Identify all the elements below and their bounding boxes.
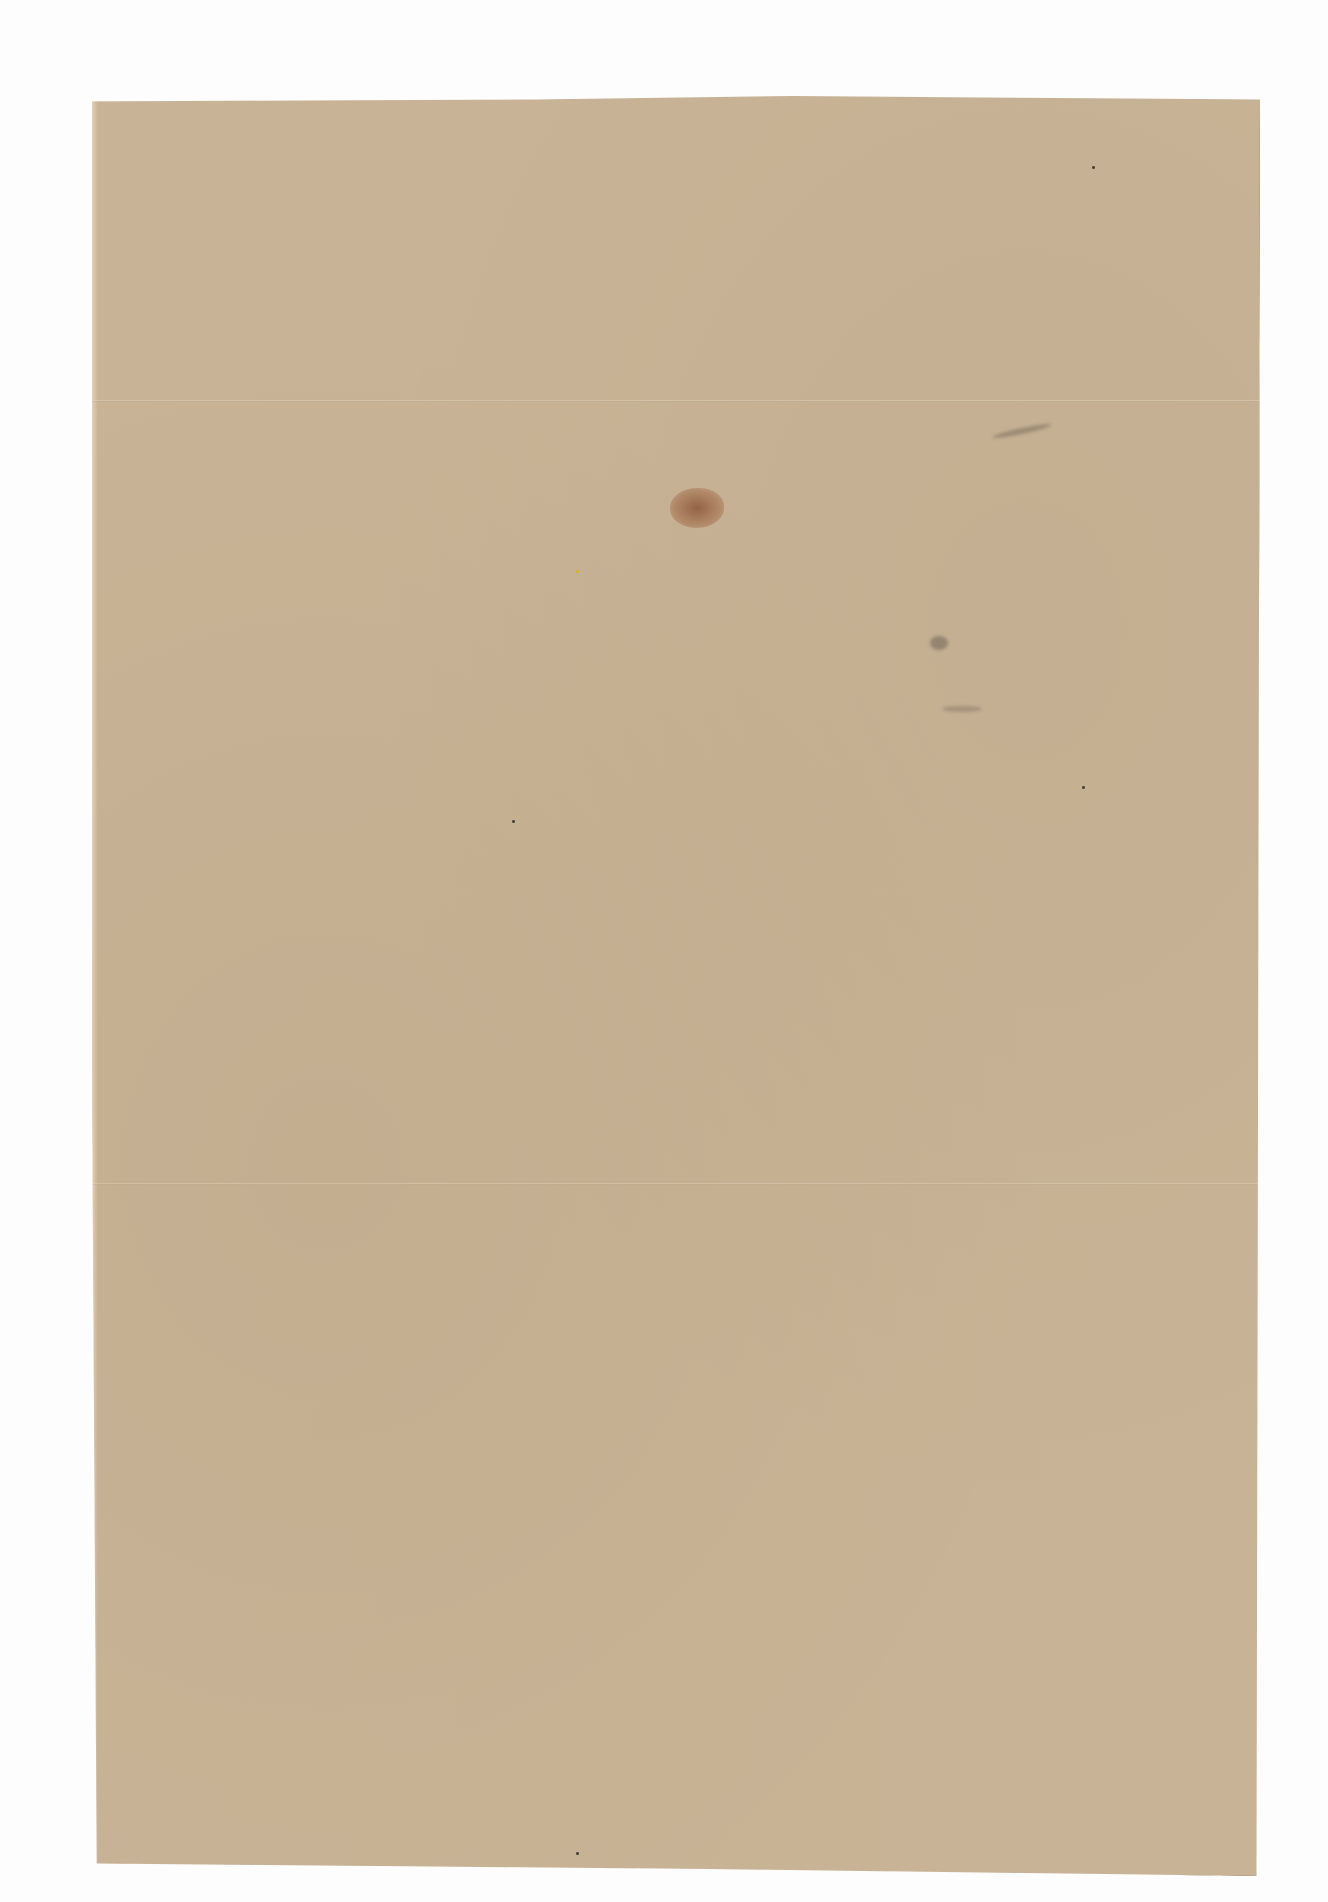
card-left-edge [92, 96, 98, 1876]
dark-speck [512, 820, 515, 823]
yellow-speck [576, 570, 579, 573]
dark-speck [576, 1852, 579, 1855]
pencil-smudge [992, 422, 1052, 440]
brown-stain [670, 488, 724, 528]
paper-card [92, 96, 1260, 1876]
pencil-smudge [942, 706, 982, 712]
fold-line-upper [92, 400, 1260, 402]
fold-line-lower [92, 1183, 1260, 1185]
dark-speck [1092, 166, 1095, 169]
pencil-smudge [930, 636, 948, 650]
dark-speck [1082, 786, 1085, 789]
